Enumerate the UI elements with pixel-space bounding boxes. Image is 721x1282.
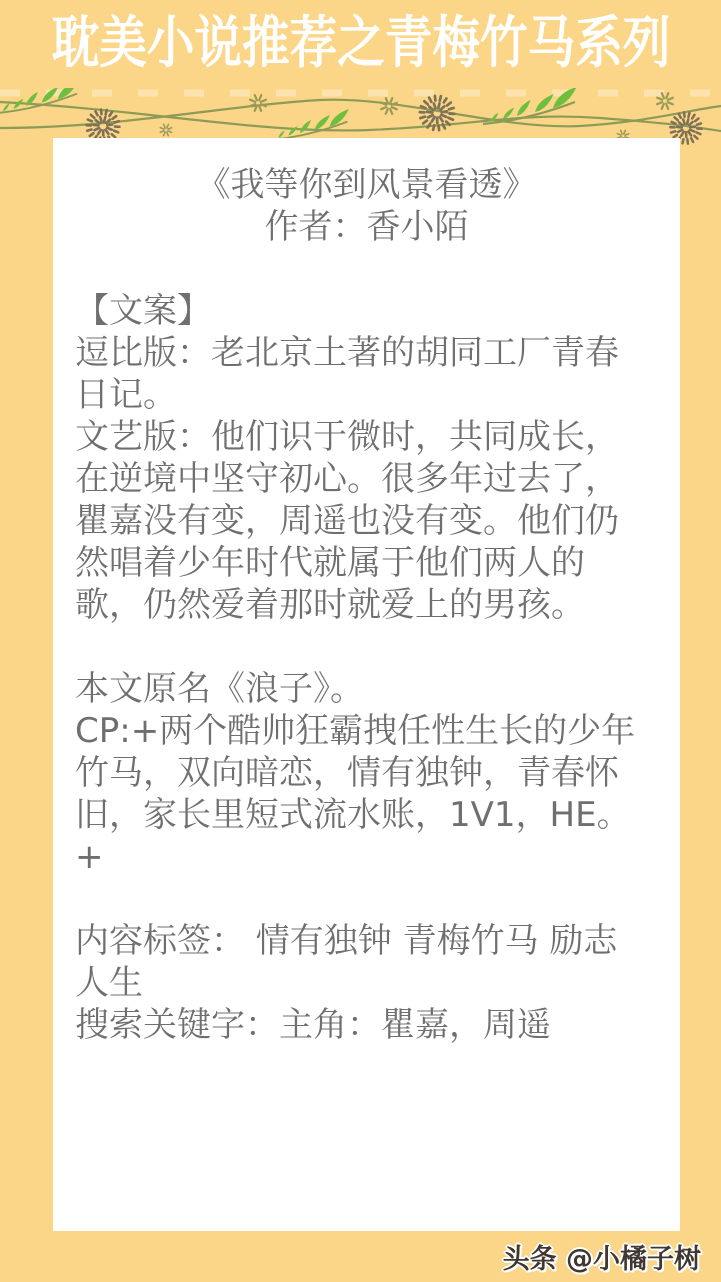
paragraph <box>75 878 650 920</box>
content-card: 《我等你到风景看透》 作者：香小陌 【文案】逗比版：老北京土著的胡同工厂青春日记… <box>53 138 680 1231</box>
paragraph: 本文原名《浪子》。 <box>75 668 650 710</box>
paragraph: 逗比版：老北京土著的胡同工厂青春日记。 <box>75 332 650 416</box>
paragraph: 内容标签： 情有独钟 青梅竹马 励志人生 <box>75 920 650 1004</box>
book-description: 【文案】逗比版：老北京土著的胡同工厂青春日记。文艺版：他们识于微时，共同成长，在… <box>53 290 680 1046</box>
leaf-sprig-icon <box>483 88 579 124</box>
paragraph <box>75 626 650 668</box>
paragraph: 搜索关键字：主角：瞿嘉，周遥 <box>75 1004 650 1046</box>
sparkle-flower-icon <box>381 98 397 114</box>
paragraph: 文艺版：他们识于微时，共同成长，在逆境中坚守初心。很多年过去了，瞿嘉没有变，周遥… <box>75 416 650 626</box>
book-header: 《我等你到风景看透》 作者：香小陌 <box>53 138 680 248</box>
paragraph: 【文案】 <box>75 290 650 332</box>
vine-line <box>0 102 721 131</box>
book-author: 作者：香小陌 <box>53 206 680 248</box>
paragraph: CP:+两个酷帅狂霸拽任性生长的少年竹马，双向暗恋，情有独钟，青春怀旧，家长里短… <box>75 710 650 878</box>
sparkle-flower-icon <box>250 95 266 111</box>
page: 耽美小说推荐之青梅竹马系列 《我等你到风景看透》 作者：香小陌 【文案】逗比版：… <box>0 0 721 1282</box>
page-title: 耽美小说推荐之青梅竹马系列 <box>51 16 670 72</box>
book-title: 《我等你到风景看透》 <box>53 164 680 206</box>
watermark: 头条 @小橘子树 <box>503 1237 701 1276</box>
page-header: 耽美小说推荐之青梅竹马系列 <box>0 0 721 88</box>
page-footer: 头条 @小橘子树 <box>0 1231 721 1282</box>
leaf-sprig-icon <box>272 107 351 140</box>
vine-line <box>0 100 721 128</box>
sparkle-flower-icon <box>160 124 171 135</box>
